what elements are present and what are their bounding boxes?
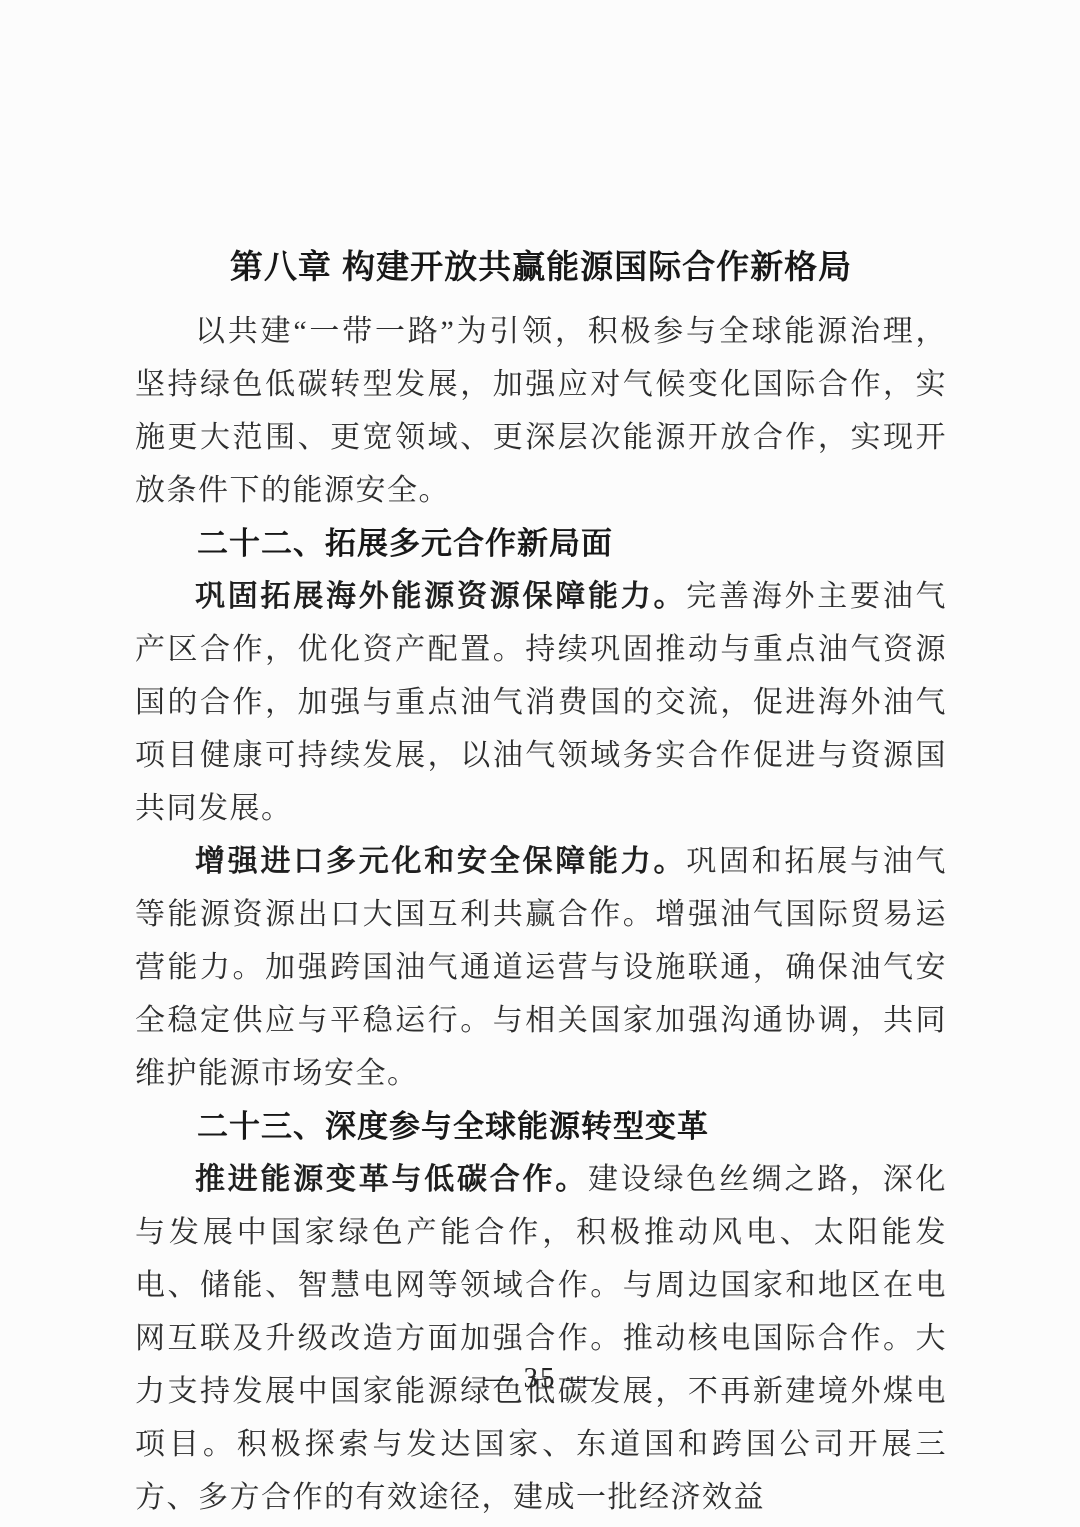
paragraph-body-text: 建设绿色丝绸之路，深化与发展中国家绿色产能合作，积极推动风电、太阳能发电、储能、…: [135, 1163, 947, 1514]
section-23-heading: 二十三、深度参与全球能源转型变革: [135, 1100, 947, 1153]
paragraph-lead-sentence: 推进能源变革与低碳合作。: [195, 1163, 588, 1196]
page-content: 第八章 构建开放共赢能源国际合作新格局 以共建“一带一路”为引领，积极参与全球能…: [135, 245, 947, 1524]
paragraph-body-text: 巩固和拓展与油气等能源资源出口大国互利共赢合作。增强油气国际贸易运营能力。加强跨…: [135, 845, 947, 1090]
paragraph-lead-sentence: 增强进口多元化和安全保障能力。: [195, 845, 686, 878]
paragraph-lead-sentence: 巩固拓展海外能源资源保障能力。: [195, 580, 686, 613]
section-23-paragraph-1: 推进能源变革与低碳合作。建设绿色丝绸之路，深化与发展中国家绿色产能合作，积极推动…: [135, 1153, 947, 1524]
section-22-paragraph-1: 巩固拓展海外能源资源保障能力。完善海外主要油气产区合作，优化资产配置。持续巩固推…: [135, 570, 947, 835]
document-page: 第八章 构建开放共赢能源国际合作新格局 以共建“一带一路”为引领，积极参与全球能…: [0, 0, 1080, 1527]
paragraph-body-text: 完善海外主要油气产区合作，优化资产配置。持续巩固推动与重点油气资源国的合作，加强…: [135, 580, 947, 825]
chapter-title: 第八章 构建开放共赢能源国际合作新格局: [135, 245, 947, 289]
page-number: — 35 —: [0, 1358, 1080, 1398]
section-22-paragraph-2: 增强进口多元化和安全保障能力。巩固和拓展与油气等能源资源出口大国互利共赢合作。增…: [135, 835, 947, 1100]
section-22-heading: 二十二、拓展多元合作新局面: [135, 517, 947, 570]
intro-paragraph: 以共建“一带一路”为引领，积极参与全球能源治理，坚持绿色低碳转型发展，加强应对气…: [135, 305, 947, 517]
